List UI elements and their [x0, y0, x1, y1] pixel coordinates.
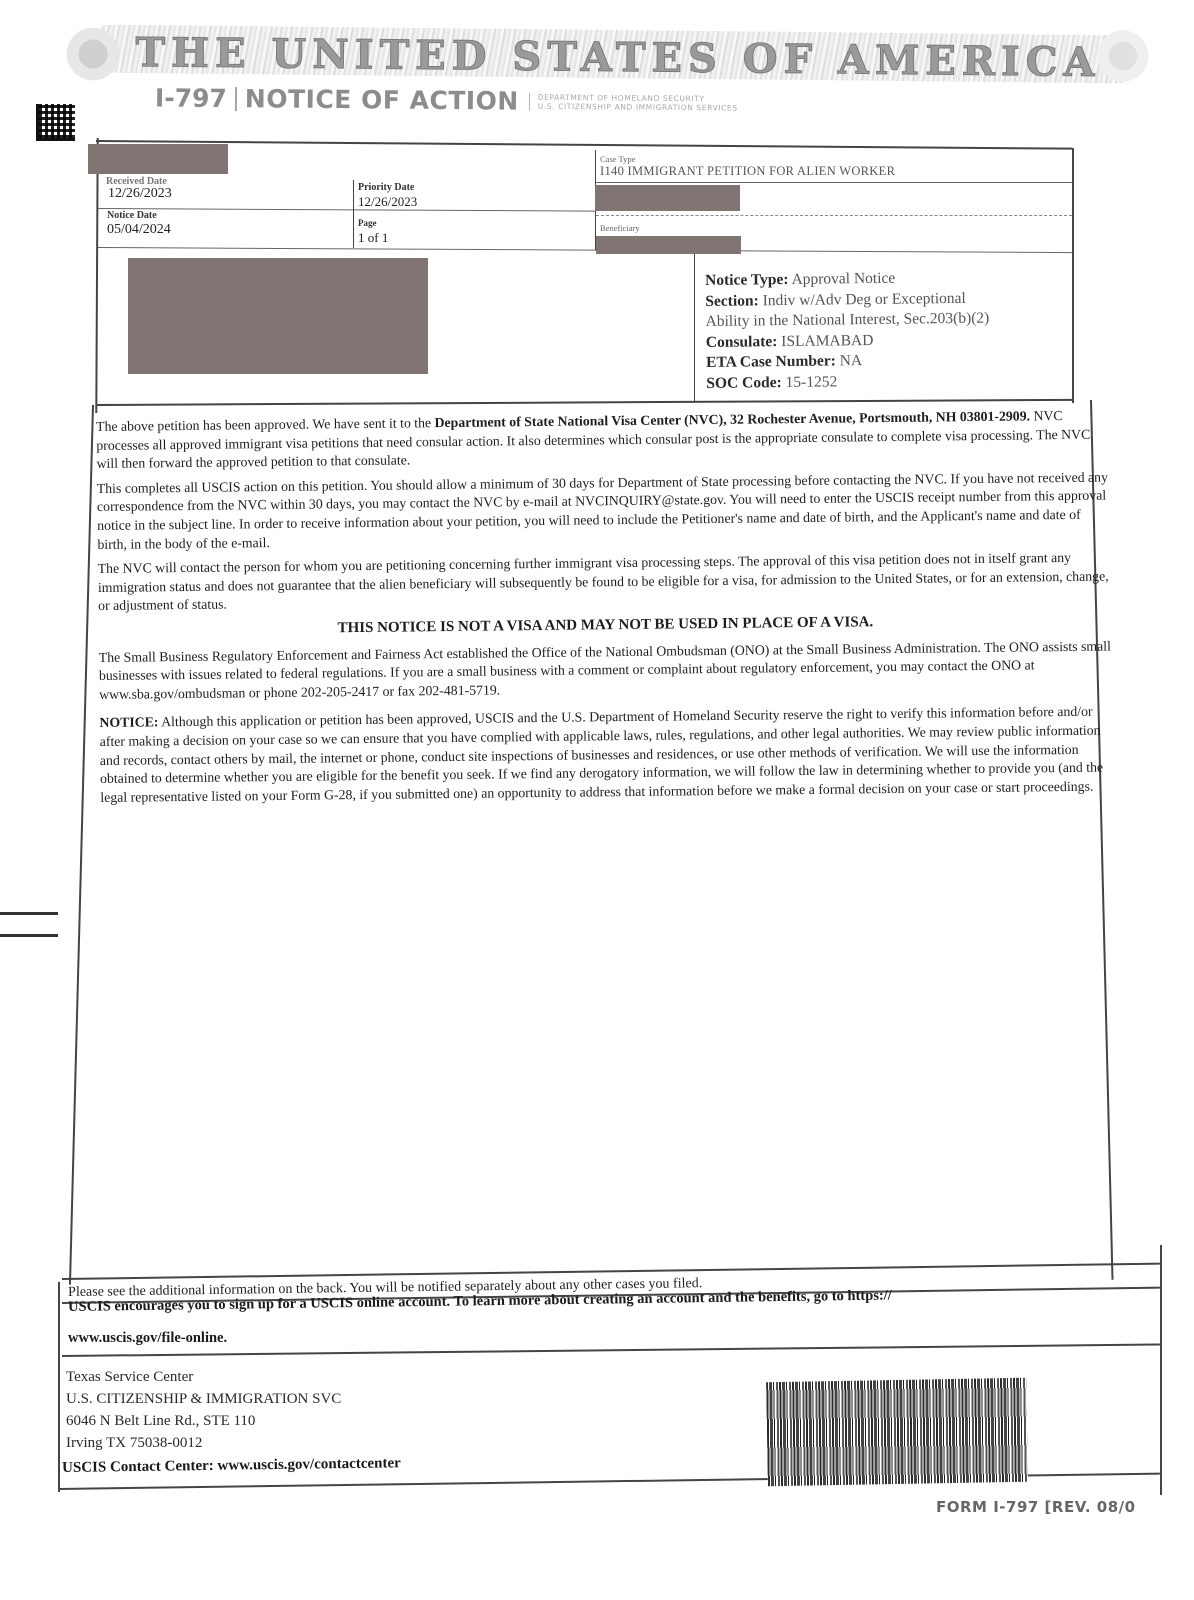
info-box-divider [694, 254, 695, 402]
grid-line [596, 182, 1072, 183]
frame-left [69, 405, 94, 1285]
agency-divider [529, 92, 530, 110]
margin-mark [0, 912, 58, 915]
frame-right-bottom [1160, 1245, 1162, 1495]
priority-date-label: Priority Date [358, 182, 414, 193]
file-online-link[interactable]: www.uscis.gov/file-online. [68, 1330, 227, 1347]
grid-divider [353, 180, 354, 248]
redacted-beneficiary [596, 236, 741, 254]
grid-line-dashed [596, 215, 1072, 216]
barcode-bars [766, 1378, 1028, 1487]
consulate-value: ISLAMABAD [781, 331, 873, 349]
paragraph-nvc-contact: This completes all USCIS action on this … [97, 468, 1112, 554]
redacted-receipt-number [88, 144, 228, 174]
address-line: 6046 N Belt Line Rd., STE 110 [66, 1410, 341, 1432]
barcode-icon [766, 1378, 1028, 1487]
banner-text: THE UNITED STATES OF AMERICA [128, 29, 1108, 86]
received-date-value: 12/26/2023 [108, 186, 172, 202]
page-label: Page [358, 218, 377, 228]
form-number: I-797 [155, 83, 227, 113]
notice-type-value: Approval Notice [791, 270, 895, 288]
soc-value: 15-1252 [785, 373, 837, 391]
address-line: U.S. CITIZENSHIP & IMMIGRATION SVC [66, 1388, 341, 1410]
nvc-address: Department of State National Visa Center… [434, 408, 1030, 430]
redacted-address-block [128, 258, 428, 374]
section-value: Indiv w/Adv Deg or Exceptional [763, 289, 966, 308]
case-type-value: I140 IMMIGRANT PETITION FOR ALIEN WORKER [600, 164, 895, 179]
page-title: NOTICE OF ACTION [245, 84, 519, 115]
contact-center-link[interactable]: USCIS Contact Center: www.uscis.gov/cont… [62, 1455, 401, 1477]
paragraph-ombudsman: The Small Business Regulatory Enforcemen… [99, 637, 1114, 704]
address-line: Texas Service Center [66, 1366, 341, 1388]
form-title-row: I-797 NOTICE OF ACTION DEPARTMENT OF HOM… [155, 83, 738, 117]
notice-date-value: 05/04/2024 [107, 222, 171, 238]
title-divider [235, 87, 237, 111]
beneficiary-label: Beneficiary [600, 223, 640, 233]
page-value: 1 of 1 [358, 230, 388, 246]
header-banner: THE UNITED STATES OF AMERICA [58, 22, 1158, 88]
visa-warning: THIS NOTICE IS NOT A VISA AND MAY NOT BE… [98, 610, 1112, 640]
datamatrix-code-icon [36, 104, 75, 141]
redacted-petitioner [595, 185, 740, 211]
address-line: Irving TX 75038-0012 [66, 1432, 341, 1454]
agency-line-2: U.S. CITIZENSHIP AND IMMIGRATION SERVICE… [538, 101, 738, 112]
notice-details: Notice Type: Approval Notice Section: In… [705, 266, 1086, 394]
grid-line [98, 247, 1072, 253]
paragraph-approval: The above petition has been approved. We… [96, 406, 1111, 473]
paragraph-notice: NOTICE: Although this application or pet… [99, 703, 1114, 807]
grid-line-top [96, 140, 1072, 150]
notice-body: The above petition has been approved. We… [96, 406, 1114, 813]
case-type-label: Case Type [600, 154, 635, 164]
priority-date-value: 12/26/2023 [358, 194, 417, 210]
frame-left-top [95, 138, 98, 413]
notice-date-label: Notice Date [107, 210, 157, 221]
grid-line-body-top [96, 399, 1074, 406]
soc-row: SOC Code: 15-1252 [706, 369, 1086, 394]
service-center-address: Texas Service Center U.S. CITIZENSHIP & … [66, 1366, 341, 1454]
paragraph-status: The NVC will contact the person for whom… [98, 549, 1113, 616]
banner-ornament-left [58, 22, 128, 86]
margin-mark [0, 934, 58, 937]
agency-name: DEPARTMENT OF HOMELAND SECURITY U.S. CIT… [538, 92, 738, 112]
form-revision: FORM I-797 [REV. 08/0 [936, 1498, 1136, 1516]
eta-value: NA [840, 352, 863, 369]
grid-line [98, 208, 596, 212]
frame-left-bottom [58, 1282, 60, 1492]
